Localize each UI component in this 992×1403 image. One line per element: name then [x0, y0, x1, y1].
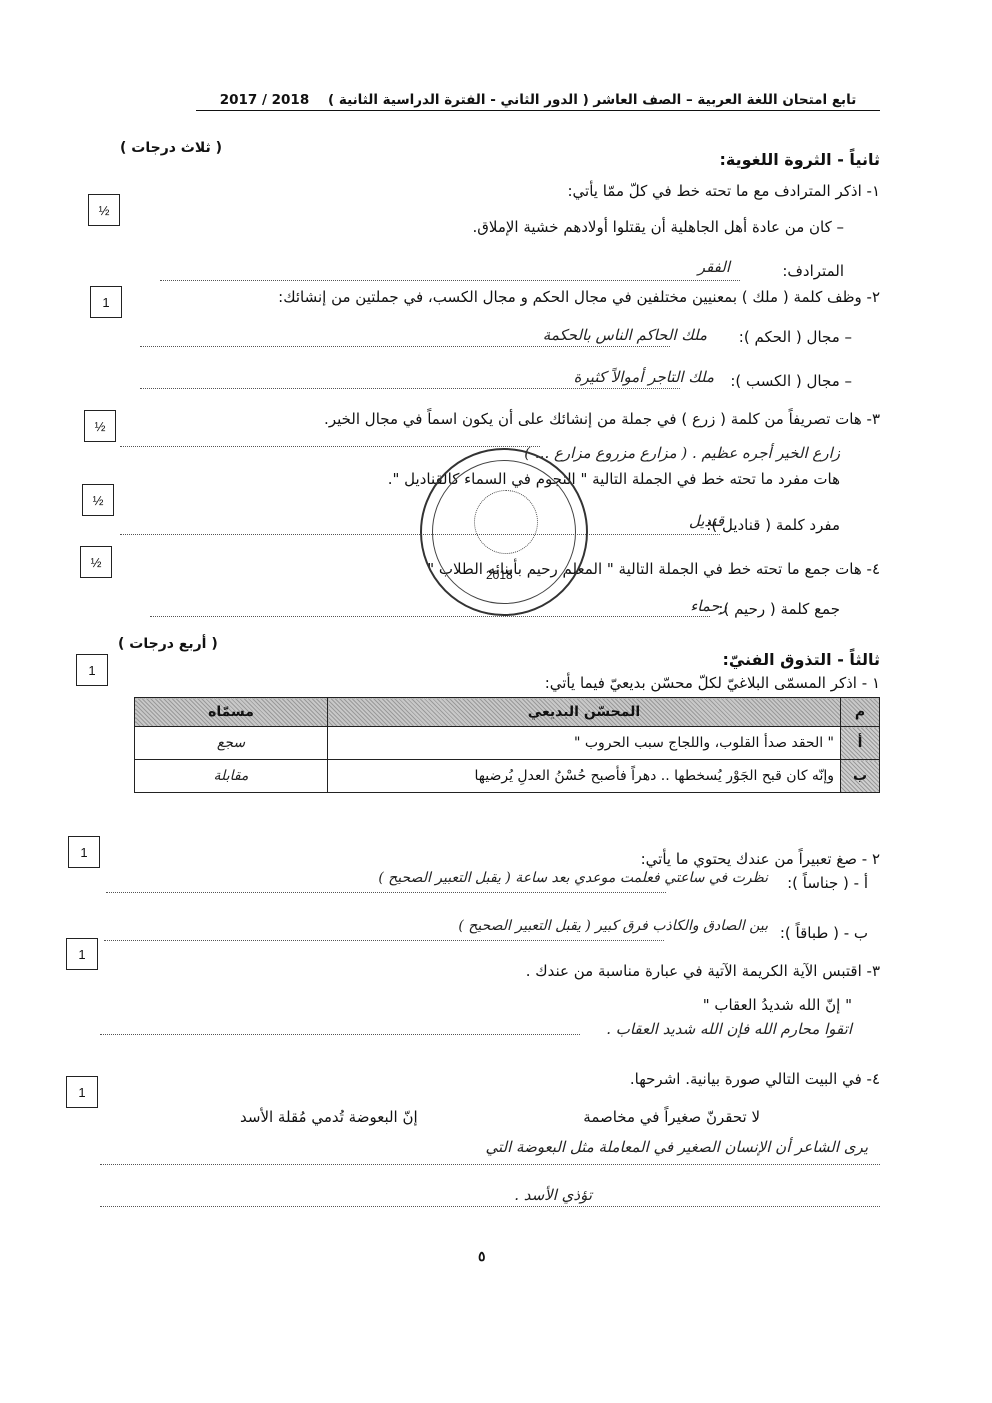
q3-sub-label: مفرد كلمة ( قناديل ):: [706, 516, 840, 534]
s3-q4-answer-line2: تؤذي الأسد .: [514, 1186, 592, 1204]
answer-line: [140, 388, 680, 389]
col-header-name: مسمّاه: [135, 698, 328, 727]
answer-line: [100, 1206, 880, 1207]
answer-line: [140, 346, 670, 347]
q2-line2-answer: ملك التاجر أموالاً كثيرة: [574, 368, 714, 386]
row-text: " الحقد صدأ القلوب، واللجاج سبب الحروب ": [328, 727, 841, 760]
score-box: 1: [66, 1076, 98, 1108]
exam-header: تابع امتحان اللغة العربية – الصف العاشر …: [196, 92, 880, 111]
section-2-title: ثانياً - الثروة اللغوية:: [720, 150, 880, 169]
score-box: ½: [84, 410, 116, 442]
row-letter: أ: [841, 727, 880, 760]
q3-prompt: ٣- هات تصريفاً من كلمة ( زرع ) في جملة م…: [324, 410, 880, 428]
answer-line: [100, 1164, 880, 1165]
s3-q2-a-answer: نظرت في ساعتي فعلمت موعدي بعد ساعة ( يقب…: [378, 870, 768, 886]
stamp-emblem-icon: [474, 490, 538, 554]
stamp-year: 2018: [486, 568, 513, 582]
s3-q3-verse: " إنّ الله شديدُ العقاب ": [703, 996, 852, 1014]
score-box: 1: [90, 286, 122, 318]
score-box: 1: [76, 654, 108, 686]
row-text: وإنّه كان قبح الجَوْر يُسخطها .. دهراً ف…: [328, 760, 841, 793]
s3-q2-a-label: أ - ( جناساً ):: [787, 874, 868, 892]
s3-q3-prompt: ٣- اقتبس الآية الكريمة الآتية في عبارة م…: [526, 962, 880, 980]
s3-q2-b-answer: بين الصادق والكاذب فرق كبير ( يقبل التعب…: [458, 918, 768, 934]
verse-second-hemistich: إنّ البعوضة تُدمي مُقلة الأسد: [240, 1108, 418, 1126]
score-box: ½: [88, 194, 120, 226]
section-3-marks: ( أربع درجات ): [118, 636, 218, 652]
answer-line: [106, 892, 666, 893]
header-year: 2018 / 2017: [220, 92, 310, 108]
score-box: ½: [82, 484, 114, 516]
q2-line2-label: – مجال ( الكسب ):: [730, 372, 852, 390]
table-row: ب وإنّه كان قبح الجَوْر يُسخطها .. دهراً…: [135, 760, 880, 793]
answer-line: [160, 280, 740, 281]
answer-line: [104, 940, 664, 941]
section-3-title: ثالثاً - التذوق الفنيّ:: [722, 650, 880, 669]
q4-answer: رحماء: [690, 597, 727, 615]
s3-q3-answer: اتقوا محارم الله فإن الله شديد العقاب .: [606, 1020, 852, 1038]
s3-q2-prompt: ٢ - صغ تعبيراً من عندك يحتوي ما يأتي:: [641, 850, 880, 868]
verse-first-hemistich: لا تحقرنّ صغيراً في مخاصمة: [583, 1108, 760, 1126]
q1-sentence: – كان من عادة أهل الجاهلية أن يقتلوا أول…: [472, 218, 844, 236]
table-row: أ " الحقد صدأ القلوب، واللجاج سبب الحروب…: [135, 727, 880, 760]
score-box: 1: [66, 938, 98, 970]
answer-line: [100, 1034, 580, 1035]
rhetoric-table: م المحسّن البديعي مسمّاه أ " الحقد صدأ ا…: [134, 697, 880, 793]
section-2-marks: ( ثلاث درجات ): [120, 140, 222, 156]
q2-prompt: ٢- وظف كلمة ( ملك ) بمعنيين مختلفين في م…: [278, 288, 880, 306]
q1-answer: الفقر: [698, 258, 730, 276]
score-box: ½: [80, 546, 112, 578]
s3-q2-b-label: ب - ( طباقاً ):: [780, 924, 868, 942]
q3-sub-answer: قنديل: [689, 512, 724, 530]
answer-line: [150, 616, 710, 617]
header-title: تابع امتحان اللغة العربية – الصف العاشر …: [328, 92, 856, 108]
q4-label: جمع كلمة ( رحيم ):: [718, 600, 840, 618]
col-header-num: م: [841, 698, 880, 727]
score-box: 1: [68, 836, 100, 868]
page-number: ٥: [478, 1248, 486, 1265]
q1-prompt: ١- اذكر المترادف مع ما تحته خط في كلّ مم…: [567, 182, 880, 200]
table-header-row: م المحسّن البديعي مسمّاه: [135, 698, 880, 727]
row-letter: ب: [841, 760, 880, 793]
col-header-device: المحسّن البديعي: [328, 698, 841, 727]
row-answer: سجع: [135, 727, 328, 760]
q1-label: المترادف:: [782, 262, 844, 280]
q2-line1-answer: ملك الحاكم الناس بالحكمة: [543, 326, 707, 344]
q3-answer: زارع الخير أجره عظيم . ( مزارع مزروع مزا…: [524, 444, 840, 462]
row-answer: مقابلة: [135, 760, 328, 793]
q2-line1-label: – مجال ( الحكم ):: [739, 328, 852, 346]
s3-q1-prompt: ١ - اذكر المسمّى البلاغيّ لكلّ محسّن بدي…: [545, 674, 880, 692]
official-stamp: 2018: [420, 448, 588, 616]
s3-q4-prompt: ٤- في البيت التالي صورة بيانية. اشرحها.: [630, 1070, 880, 1088]
s3-q4-answer-line1: يرى الشاعر أن الإنسان الصغير في المعاملة…: [486, 1138, 869, 1156]
answer-line: [120, 446, 540, 447]
